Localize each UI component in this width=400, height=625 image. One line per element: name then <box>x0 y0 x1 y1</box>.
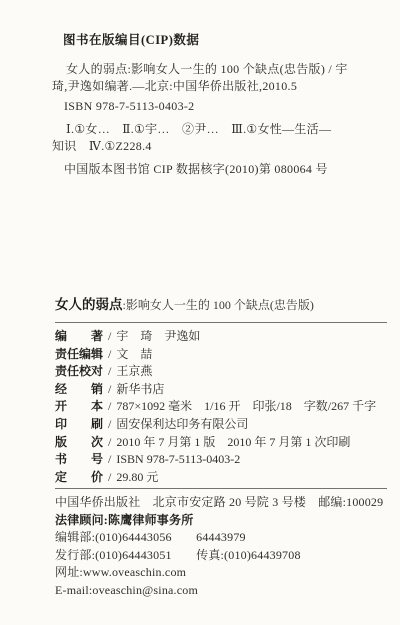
row-distributor: 经 销/新华书店 <box>55 381 387 399</box>
row-label: 经 销 <box>55 381 103 399</box>
row-value: 新华书店 <box>116 382 164 396</box>
divider-bottom <box>55 488 387 489</box>
row-label: 编 著 <box>55 328 103 346</box>
cip-section: 图书在版编目(CIP)数据 女人的弱点:影响女人一生的 100 个缺点(忠告版)… <box>52 30 387 178</box>
row-value: 29.80 元 <box>116 470 158 484</box>
book-title-main: 女人的弱点 <box>55 297 123 312</box>
website-line: 网址:www.oveaschin.com <box>55 564 390 582</box>
cip-header: 图书在版编目(CIP)数据 <box>63 30 387 48</box>
row-responsible-editor: 责任编辑/文 喆 <box>55 346 387 364</box>
editorial-phone-line: 编辑部:(010)64443056 64443979 <box>55 529 390 547</box>
row-value: 宇 琦 尹逸如 <box>116 329 200 343</box>
book-title-subtitle: :影响女人一生的 100 个缺点(忠告版) <box>123 298 314 312</box>
row-value: 文 喆 <box>116 347 152 361</box>
email-line: E-mail:oveaschin@sina.com <box>55 582 390 600</box>
publication-info-rows: 编 著/宇 琦 尹逸如 责任编辑/文 喆 责任校对/王京燕 经 销/新华书店 开… <box>55 328 387 486</box>
publisher-address-line: 中国华侨出版社 北京市安定路 20 号院 3 号楼 邮编:100029 <box>55 494 390 512</box>
row-editors: 编 著/宇 琦 尹逸如 <box>55 328 387 346</box>
book-copyright-page: 图书在版编目(CIP)数据 女人的弱点:影响女人一生的 100 个缺点(忠告版)… <box>0 0 400 625</box>
row-isbn: 书 号/ISBN 978-7-5113-0403-2 <box>55 451 387 469</box>
row-format: 开 本/787×1092 毫米 1/16 开 印张/18 字数/267 千字 <box>55 398 387 416</box>
row-value: 王京燕 <box>116 364 152 378</box>
row-label: 书 号 <box>55 451 103 469</box>
row-printer: 印 刷/固安保利达印务有限公司 <box>55 416 387 434</box>
row-edition: 版 次/2010 年 7 月第 1 版 2010 年 7 月第 1 次印刷 <box>55 434 387 452</box>
slash-separator: / <box>108 470 111 484</box>
slash-separator: / <box>108 452 111 466</box>
row-label: 定 价 <box>55 469 103 487</box>
row-label: 开 本 <box>55 398 103 416</box>
row-label: 印 刷 <box>55 416 103 434</box>
row-label: 版 次 <box>55 434 103 452</box>
slash-separator: / <box>108 399 111 413</box>
legal-counsel-line: 法律顾问:陈鹰律师事务所 <box>55 512 390 530</box>
cip-isbn-line: ISBN 978-7-5113-0403-2 <box>64 98 387 115</box>
publisher-footer: 中国华侨出版社 北京市安定路 20 号院 3 号楼 邮编:100029 法律顾问… <box>55 494 390 600</box>
row-price: 定 价/29.80 元 <box>55 469 387 487</box>
row-value: 787×1092 毫米 1/16 开 印张/18 字数/267 千字 <box>116 399 376 413</box>
cip-record-line-1: 女人的弱点:影响女人一生的 100 个缺点(忠告版) / 宇 <box>66 61 387 78</box>
slash-separator: / <box>108 347 111 361</box>
book-title: 女人的弱点:影响女人一生的 100 个缺点(忠告版) <box>55 296 387 314</box>
distribution-phone-line: 发行部:(010)64443051 传真:(010)64439708 <box>55 547 390 565</box>
row-label: 责任编辑 <box>55 346 103 364</box>
colophon-section: 女人的弱点:影响女人一生的 100 个缺点(忠告版) 编 著/宇 琦 尹逸如 责… <box>55 296 387 489</box>
row-value: ISBN 978-7-5113-0403-2 <box>116 452 240 466</box>
row-value: 固安保利达印务有限公司 <box>116 417 248 431</box>
cip-classification-line-2: 知识 Ⅳ.①Z228.4 <box>52 138 387 155</box>
row-value: 2010 年 7 月第 1 版 2010 年 7 月第 1 次印刷 <box>116 435 350 449</box>
slash-separator: / <box>108 364 111 378</box>
slash-separator: / <box>108 417 111 431</box>
row-label: 责任校对 <box>55 363 103 381</box>
cip-verification-line: 中国版本图书馆 CIP 数据核字(2010)第 080064 号 <box>64 161 387 178</box>
row-proofreader: 责任校对/王京燕 <box>55 363 387 381</box>
slash-separator: / <box>108 329 111 343</box>
slash-separator: / <box>108 382 111 396</box>
slash-separator: / <box>108 435 111 449</box>
divider-top <box>55 322 387 323</box>
cip-classification-line-1: Ⅰ.①女… Ⅱ.①宇… ②尹… Ⅲ.①女性—生活— <box>66 121 387 138</box>
cip-record-line-2: 琦,尹逸如编著.—北京:中国华侨出版社,2010.5 <box>52 78 387 95</box>
